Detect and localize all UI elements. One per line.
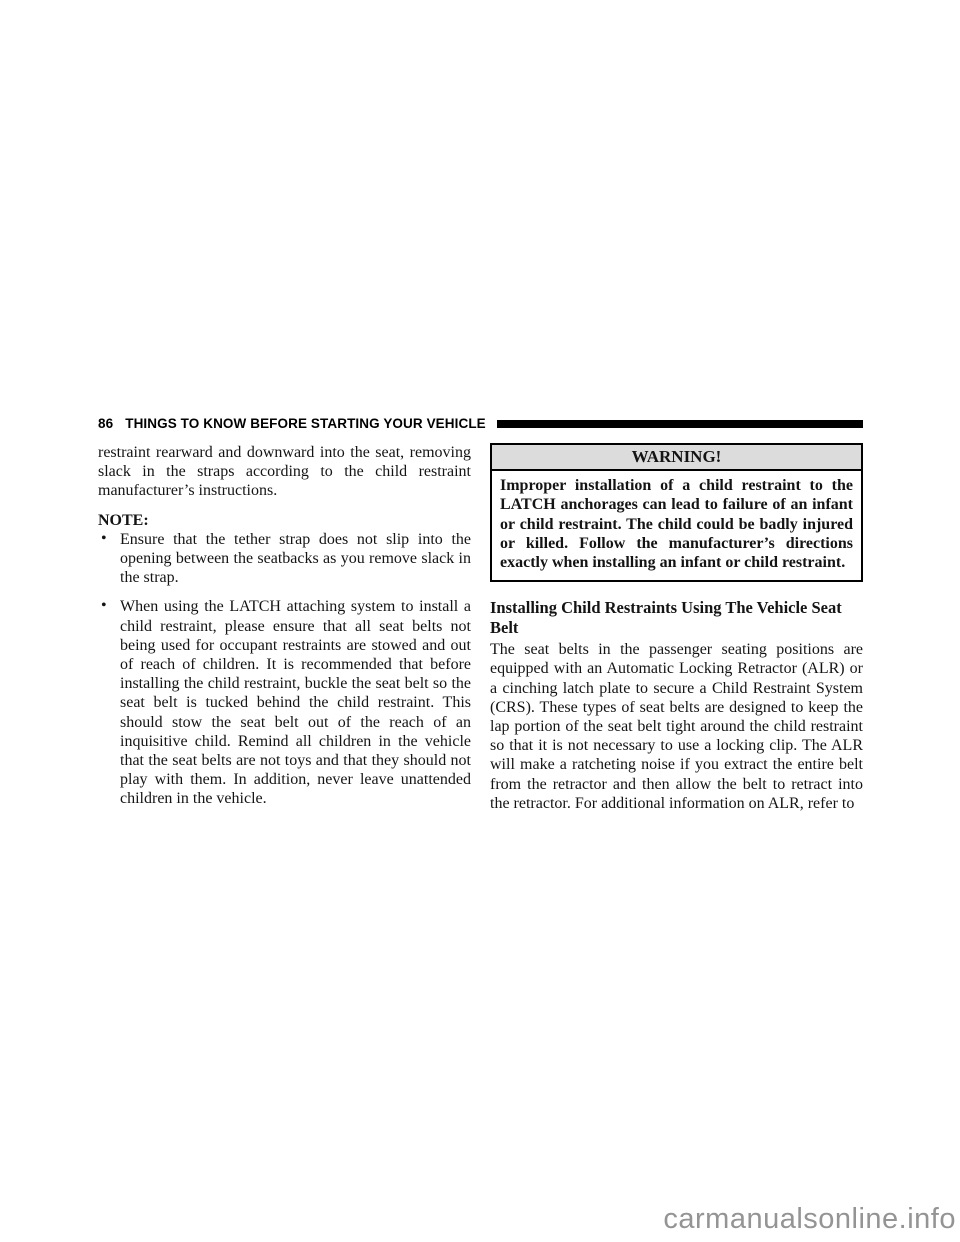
bullet-icon: •	[101, 596, 107, 615]
list-item: • When using the LATCH attaching system …	[98, 597, 471, 808]
bullet-text: Ensure that the tether strap does not sl…	[120, 531, 471, 586]
bullet-icon: •	[101, 529, 107, 548]
warning-box: WARNING! Improper installation of a chil…	[490, 443, 863, 582]
right-column: WARNING! Improper installation of a chil…	[490, 443, 863, 813]
header-bar-divider	[497, 420, 863, 428]
section-paragraph: The seat belts in the passenger seating …	[490, 640, 863, 813]
running-header: 86 THINGS TO KNOW BEFORE STARTING YOUR V…	[98, 416, 863, 431]
intro-paragraph: restraint rearward and downward into the…	[98, 443, 471, 501]
warning-title: WARNING!	[492, 445, 861, 471]
section-heading: Installing Child Restraints Using The Ve…	[490, 598, 863, 638]
warning-body: Improper installation of a child restrai…	[492, 471, 861, 580]
watermark: carmanualsonline.info	[663, 1203, 956, 1236]
note-bullet-list: • Ensure that the tether strap does not …	[98, 530, 471, 809]
two-column-body: restraint rearward and downward into the…	[98, 443, 863, 813]
page-number: 86	[98, 416, 113, 431]
page-header-title: THINGS TO KNOW BEFORE STARTING YOUR VEHI…	[125, 416, 486, 431]
list-item: • Ensure that the tether strap does not …	[98, 530, 471, 588]
manual-page: 86 THINGS TO KNOW BEFORE STARTING YOUR V…	[98, 416, 863, 813]
bullet-text: When using the LATCH attaching system to…	[120, 598, 471, 807]
left-column: restraint rearward and downward into the…	[98, 443, 471, 813]
note-label: NOTE:	[98, 511, 471, 530]
